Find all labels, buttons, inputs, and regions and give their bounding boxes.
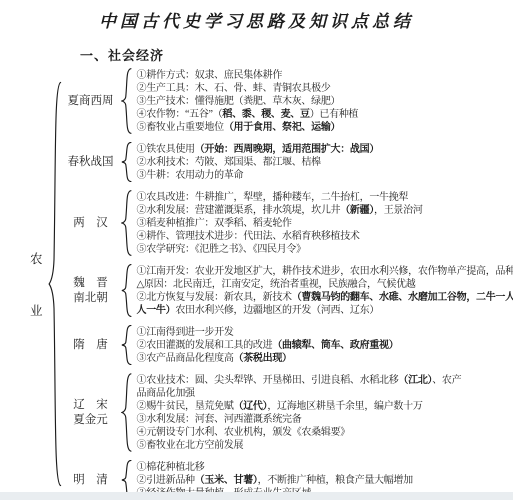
period-label: 夏商西周 xyxy=(64,94,118,109)
content-line: ①农具改进：牛耕推广，犁壁，播种耧车，二牛抬杠，一牛挽犁 xyxy=(137,191,423,204)
content-line: △原因：北民南迁，江南安定，统治者重视，民族融合，气候优越 xyxy=(137,278,513,291)
content-line: ②北方恢复与发展：新农具，新技术（曹魏马钧的翻车、水碓、水磨加工谷物，二牛一人、… xyxy=(137,291,513,304)
content-segment: ②水利技术：芍陂、郑国渠、都江堰、桔槔 xyxy=(137,157,321,168)
root-label-char-1: 农 xyxy=(30,249,43,267)
content-line: ①江南得到进一步开发 xyxy=(137,326,399,339)
page-bottom-band xyxy=(0,492,513,500)
content-segment: ⑤畜牧业在北方空前发展 xyxy=(137,440,244,451)
content-segment-bold: 人一牛） xyxy=(137,305,176,316)
periods-column: 夏商西周 ①耕作方式：奴隶、庶民集体耕作②生产工具：木、石、骨、蚌、青铜农具极少… xyxy=(64,68,513,500)
period-brace-icon xyxy=(121,264,132,317)
content-line: ②引进新品种（玉米、甘薯），不断推广种植，粮食产量大幅增加 xyxy=(137,474,413,487)
content-segment-bold: （曹魏马钧的翻车、水碓、水磨加工谷物，二牛一人、一 xyxy=(292,292,513,303)
content-segment-bold: （新疆） xyxy=(340,205,374,216)
section-heading: 一、社会经济 xyxy=(80,45,513,64)
content-line: ②农田灌溉的发展和工具的改进（曲辕犁、筒车、政府重视） xyxy=(137,339,399,352)
content-segment-bold: （曲辕犁、筒车、政府重视） xyxy=(272,340,398,351)
period-row: 隋 唐 ①江南得到进一步开发②农田灌溉的发展和工具的改进（曲辕犁、筒车、政府重视… xyxy=(64,325,513,365)
period-content: ①江南得到进一步开发②农田灌溉的发展和工具的改进（曲辕犁、筒车、政府重视）③农产… xyxy=(137,326,399,365)
period-content: ①铁农具使用（开始：西周晚期，适用范围扩大：战国）②水利技术：芍陂、郑国渠、都江… xyxy=(137,143,380,182)
content-line: ③农产品商品化程度高（茶税出现） xyxy=(137,352,399,365)
period-brace-icon xyxy=(121,190,132,256)
period-row: 两 汉 ①农具改进：牛耕推广，犁壁，播种耧车，二牛抬杠，一牛挽犁②水利发展：营建… xyxy=(64,190,513,256)
content-line: ③牛耕：农用动力的革命 xyxy=(137,169,380,182)
content-segment: ①耕作方式：奴隶、庶民集体耕作 xyxy=(137,70,283,81)
content-segment-bold: （江北） xyxy=(398,375,432,386)
content-line: ⑤畜牧业在北方空前发展 xyxy=(137,439,462,452)
content-line: ⑤农学研究：《氾胜之书》、《四民月令》 xyxy=(137,243,423,256)
content-segment: ）已有种植 xyxy=(310,109,359,120)
content-segment: ②生产工具：木、石、骨、蚌、青铜农具极少 xyxy=(137,83,331,94)
root-label-agriculture: 农 业 xyxy=(30,249,43,319)
period-row: 辽 宋 夏金元 ①农业技术：圆、尖头犁铧、开垦梯田、引进良稻、水稻北移（江北）、… xyxy=(64,373,513,452)
content-segment: ②北方恢复与发展：新农具，新技术 xyxy=(137,292,292,303)
content-line: ②水利发展：营建灌溉渠系，排水筑堤，坎儿井（新疆），王景治河 xyxy=(137,204,423,217)
period-content: ①农业技术：圆、尖头犁铧、开垦梯田、引进良稻、水稻北移（江北）、农产品商品化加强… xyxy=(137,374,462,452)
content-segment-bold: （用于食用、祭祀、运输） xyxy=(224,122,340,133)
period-label: 明 清 xyxy=(64,473,118,488)
period-brace-icon xyxy=(121,142,132,182)
content-segment-bold: 稻、黍、稷、麦、豆 xyxy=(222,109,309,120)
content-line: ③生产技术：懂得施肥（粪肥、草木灰、绿肥） xyxy=(137,95,359,108)
content-segment: ②水利发展：营建灌溉渠系，排水筑堤，坎儿井 xyxy=(137,205,341,216)
content-line: ②水利技术：芍陂、郑国渠、都江堰、桔槔 xyxy=(137,156,380,169)
content-segment: ，王景治河 xyxy=(374,205,423,216)
content-segment: 品商品化加强 xyxy=(137,388,195,399)
content-segment: ④耕作、管理技术进步：代田法、水稻育秧移植技术 xyxy=(137,231,360,242)
content-segment: 、农产 xyxy=(432,375,461,386)
content-line: ①棉花种植北移 xyxy=(137,461,413,474)
period-content: ①江南开发：农业开发地区扩大，耕作技术进步，农田水利兴修，农作物单产提高，品种增… xyxy=(137,265,513,317)
content-line: ②生产工具：木、石、骨、蚌、青铜农具极少 xyxy=(137,82,359,95)
content-segment-bold: （玉米、甘薯） xyxy=(195,475,258,486)
content-segment: ⑤农学研究：《氾胜之书》、《四民月令》 xyxy=(137,244,306,255)
period-brace-icon xyxy=(121,325,132,365)
content-segment: ③稻麦种植推广：双季稻、稻麦轮作 xyxy=(137,218,292,229)
content-line: ①铁农具使用（开始：西周晚期，适用范围扩大：战国） xyxy=(137,143,380,156)
content-line: 品商品化加强 xyxy=(137,387,462,400)
content-segment: ②农田灌溉的发展和工具的改进 xyxy=(137,340,273,351)
content-line: ①耕作方式：奴隶、庶民集体耕作 xyxy=(137,69,359,82)
period-label: 隋 唐 xyxy=(64,338,118,353)
knowledge-tree: 农 业 夏商西周 ①耕作方式：奴隶、庶民集体耕作②生产工具：木、石、骨、蚌、青铜… xyxy=(30,68,513,500)
content-line: ⑤畜牧业占重要地位（用于食用、祭祀、运输） xyxy=(137,121,359,134)
period-row: 春秋战国 ①铁农具使用（开始：西周晚期，适用范围扩大：战国）②水利技术：芍陂、郑… xyxy=(64,142,513,182)
content-line: ④耕作、管理技术进步：代田法、水稻育秧移植技术 xyxy=(137,230,423,243)
content-segment: ②引进新品种 xyxy=(137,475,195,486)
content-segment: ③生产技术：懂得施肥（粪肥、草木灰、绿肥） xyxy=(137,96,341,107)
content-line: ④元朝设专门水利、农业机构，颁发《农桑辑要》 xyxy=(137,426,462,439)
content-segment: ①江南开发：农业开发地区扩大，耕作技术进步，农田水利兴修，农作物单产提高，品种增… xyxy=(137,266,513,277)
content-segment: ①江南得到进一步开发 xyxy=(137,327,234,338)
period-brace-icon xyxy=(121,373,132,452)
period-content: ①耕作方式：奴隶、庶民集体耕作②生产工具：木、石、骨、蚌、青铜农具极少③生产技术… xyxy=(137,69,359,134)
content-segment: 农田水利兴修，边疆地区的开发（河西、辽东） xyxy=(175,305,379,316)
period-brace-icon xyxy=(121,68,132,134)
content-segment: △原因：北民南迁，江南安定，统治者重视，民族融合，气候优越 xyxy=(137,279,416,290)
content-segment: ③农产品商品化程度高 xyxy=(137,353,234,364)
content-segment: ，不断推广种植，粮食产量大幅增加 xyxy=(258,475,413,486)
content-segment: ③牛耕：农用动力的革命 xyxy=(137,170,244,181)
period-content: ①农具改进：牛耕推广，犁壁，播种耧车，二牛抬杠，一牛挽犁②水利发展：营建灌溉渠系… xyxy=(137,191,423,256)
content-segment: ⑤畜牧业占重要地位 xyxy=(137,122,224,133)
root-label-char-2: 业 xyxy=(30,301,43,319)
period-label: 两 汉 xyxy=(64,216,118,231)
period-label: 魏 晋 南北朝 xyxy=(64,276,118,306)
content-segment-bold: （辽代） xyxy=(234,401,268,412)
content-line: ③稻麦种植推广：双季稻、稻麦轮作 xyxy=(137,217,423,230)
period-row: 夏商西周 ①耕作方式：奴隶、庶民集体耕作②生产工具：木、石、骨、蚌、青铜农具极少… xyxy=(64,68,513,134)
root-brace-icon xyxy=(48,80,62,488)
content-segment-bold: （开始：西周晚期，适用范围扩大：战国） xyxy=(195,144,379,155)
period-row: 魏 晋 南北朝 ①江南开发：农业开发地区扩大，耕作技术进步，农田水利兴修，农作物… xyxy=(64,264,513,317)
period-label: 春秋战国 xyxy=(64,155,118,170)
period-label: 辽 宋 夏金元 xyxy=(64,398,118,428)
content-segment: ，辽海地区耕垦千余里，编户数十万 xyxy=(267,401,422,412)
content-segment: ①农具改进：牛耕推广，犁壁，播种耧车，二牛抬杠，一牛挽犁 xyxy=(137,192,409,203)
content-segment: ①棉花种植北移 xyxy=(137,462,205,473)
page-title: 中国古代史学习思路及知识点总结 xyxy=(0,0,513,32)
content-line: ①江南开发：农业开发地区扩大，耕作技术进步，农田水利兴修，农作物单产提高，品种增… xyxy=(137,265,513,278)
content-segment: ①农业技术：圆、尖头犁铧、开垦梯田、引进良稻、水稻北移 xyxy=(137,375,399,386)
content-segment-bold: （茶税出现） xyxy=(234,353,292,364)
content-segment: ①铁农具使用 xyxy=(137,144,195,155)
content-line: ①农业技术：圆、尖头犁铧、开垦梯田、引进良稻、水稻北移（江北）、农产 xyxy=(137,374,462,387)
content-line: ②赐牛贫民，垦荒免赋（辽代），辽海地区耕垦千余里，编户数十万 xyxy=(137,400,462,413)
content-line: ③水利发展：河套、河西灌溉系统完备 xyxy=(137,413,462,426)
content-segment: ④元朝设专门水利、农业机构，颁发《农桑辑要》 xyxy=(137,427,350,438)
content-segment: ②赐牛贫民，垦荒免赋 xyxy=(137,401,234,412)
content-segment: ④农作物：“五谷”（ xyxy=(137,109,223,120)
content-segment: ③水利发展：河套、河西灌溉系统完备 xyxy=(137,414,302,425)
content-line: ④农作物：“五谷”（稻、黍、稷、麦、豆）已有种植 xyxy=(137,108,359,121)
content-line: 人一牛）农田水利兴修，边疆地区的开发（河西、辽东） xyxy=(137,304,513,317)
